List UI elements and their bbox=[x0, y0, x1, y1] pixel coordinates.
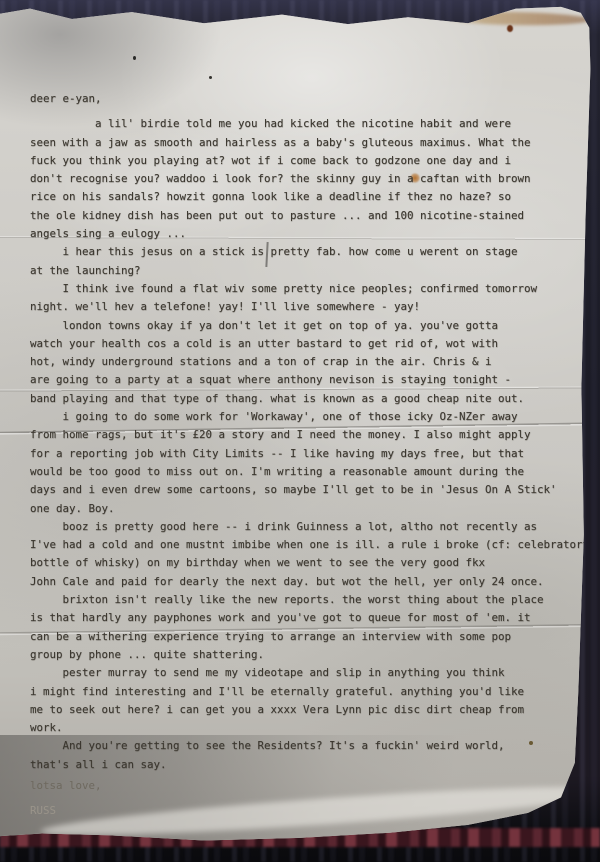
letter-body: a lil' birdie told me you had kicked the… bbox=[30, 115, 594, 774]
ink-speck bbox=[209, 76, 212, 79]
letter-closing: lotsa love, bbox=[30, 777, 594, 795]
letter-text: deer e-yan, a lil' birdie told me you ha… bbox=[30, 90, 594, 821]
photo-background: deer e-yan, a lil' birdie told me you ha… bbox=[0, 0, 600, 862]
letter-greeting: deer e-yan, bbox=[30, 90, 594, 108]
stain-mark bbox=[507, 25, 513, 32]
ink-speck bbox=[133, 56, 136, 60]
letter-paper: deer e-yan, a lil' birdie told me you ha… bbox=[0, 0, 600, 862]
